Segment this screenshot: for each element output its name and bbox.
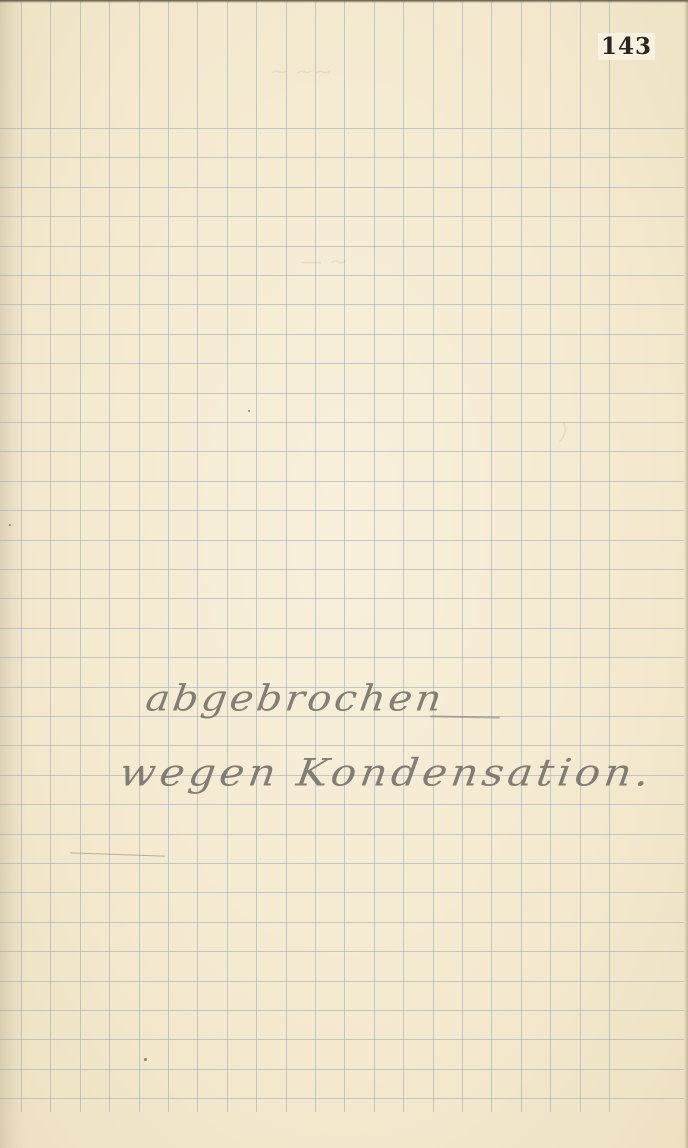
grid-line-horizontal bbox=[0, 1069, 684, 1070]
grid-line-horizontal bbox=[0, 863, 684, 864]
grid-line-horizontal bbox=[0, 1039, 684, 1040]
grid-line-vertical bbox=[286, 0, 287, 1112]
grid-line-horizontal bbox=[0, 922, 684, 923]
stray-pencil-stroke bbox=[70, 852, 165, 856]
grid-line-vertical bbox=[580, 0, 581, 1112]
grid-line-horizontal bbox=[0, 892, 684, 893]
grid-line-horizontal bbox=[0, 745, 684, 746]
handwritten-line-1: abgebrochen bbox=[143, 678, 447, 719]
grid-line-vertical bbox=[168, 0, 169, 1112]
page-right-edge bbox=[684, 0, 688, 1148]
grid-line-horizontal bbox=[0, 628, 684, 629]
grid-line-horizontal bbox=[0, 451, 684, 452]
grid-line-vertical bbox=[403, 0, 404, 1112]
grid-line-horizontal bbox=[0, 951, 684, 952]
grid-line-horizontal bbox=[0, 510, 684, 511]
grid-line-horizontal bbox=[0, 569, 684, 570]
grid-line-vertical bbox=[374, 0, 375, 1112]
grid-line-horizontal bbox=[0, 304, 684, 305]
grid-line-vertical bbox=[197, 0, 198, 1112]
bleed-through-mark: — ~ bbox=[300, 250, 347, 275]
grid-line-horizontal bbox=[0, 246, 684, 247]
grid-line-vertical bbox=[344, 0, 345, 1112]
page-number: 143 bbox=[598, 33, 655, 60]
grid-line-vertical bbox=[462, 0, 463, 1112]
bleed-through-mark: ) bbox=[560, 420, 569, 445]
grid-line-horizontal bbox=[0, 128, 684, 129]
grid-line-horizontal bbox=[0, 804, 684, 805]
grid-line-vertical bbox=[315, 0, 316, 1112]
grid-line-vertical bbox=[80, 0, 81, 1112]
page-top-edge bbox=[0, 0, 688, 3]
grid-line-horizontal bbox=[0, 275, 684, 276]
grid-line-vertical bbox=[550, 0, 551, 1112]
grid-line-horizontal bbox=[0, 1010, 684, 1011]
grid-line-vertical bbox=[609, 0, 610, 1112]
grid-line-horizontal bbox=[0, 657, 684, 658]
bleed-through-mark: ~ ~~ bbox=[270, 60, 332, 85]
grid-line-vertical bbox=[227, 0, 228, 1112]
handwritten-line-2: wegen Kondensation. bbox=[117, 750, 656, 794]
grid-line-horizontal bbox=[0, 1098, 684, 1099]
grid-line-horizontal bbox=[0, 334, 684, 335]
grid-line-vertical bbox=[139, 0, 140, 1112]
grid-line-horizontal bbox=[0, 216, 684, 217]
grid-line-horizontal bbox=[0, 363, 684, 364]
grid-line-horizontal bbox=[0, 598, 684, 599]
grid-line-horizontal bbox=[0, 540, 684, 541]
grid-line-horizontal bbox=[0, 981, 684, 982]
grid-line-vertical bbox=[433, 0, 434, 1112]
grid-line-vertical bbox=[521, 0, 522, 1112]
grid-line-horizontal bbox=[0, 187, 684, 188]
paper-speck bbox=[248, 410, 250, 412]
notebook-page: ~ ~~ — ~ ) 143 abgebrochen wegen Kondens… bbox=[0, 0, 688, 1148]
grid-line-vertical bbox=[109, 0, 110, 1112]
grid-line-vertical bbox=[21, 0, 22, 1112]
paper-speck bbox=[144, 1058, 147, 1061]
grid-line-horizontal bbox=[0, 157, 684, 158]
grid-line-horizontal bbox=[0, 422, 684, 423]
grid-line-vertical bbox=[256, 0, 257, 1112]
grid-line-vertical bbox=[50, 0, 51, 1112]
grid-line-horizontal bbox=[0, 834, 684, 835]
grid-line-horizontal bbox=[0, 393, 684, 394]
paper-speck bbox=[9, 524, 11, 526]
grid-line-horizontal bbox=[0, 481, 684, 482]
grid-line-vertical bbox=[491, 0, 492, 1112]
